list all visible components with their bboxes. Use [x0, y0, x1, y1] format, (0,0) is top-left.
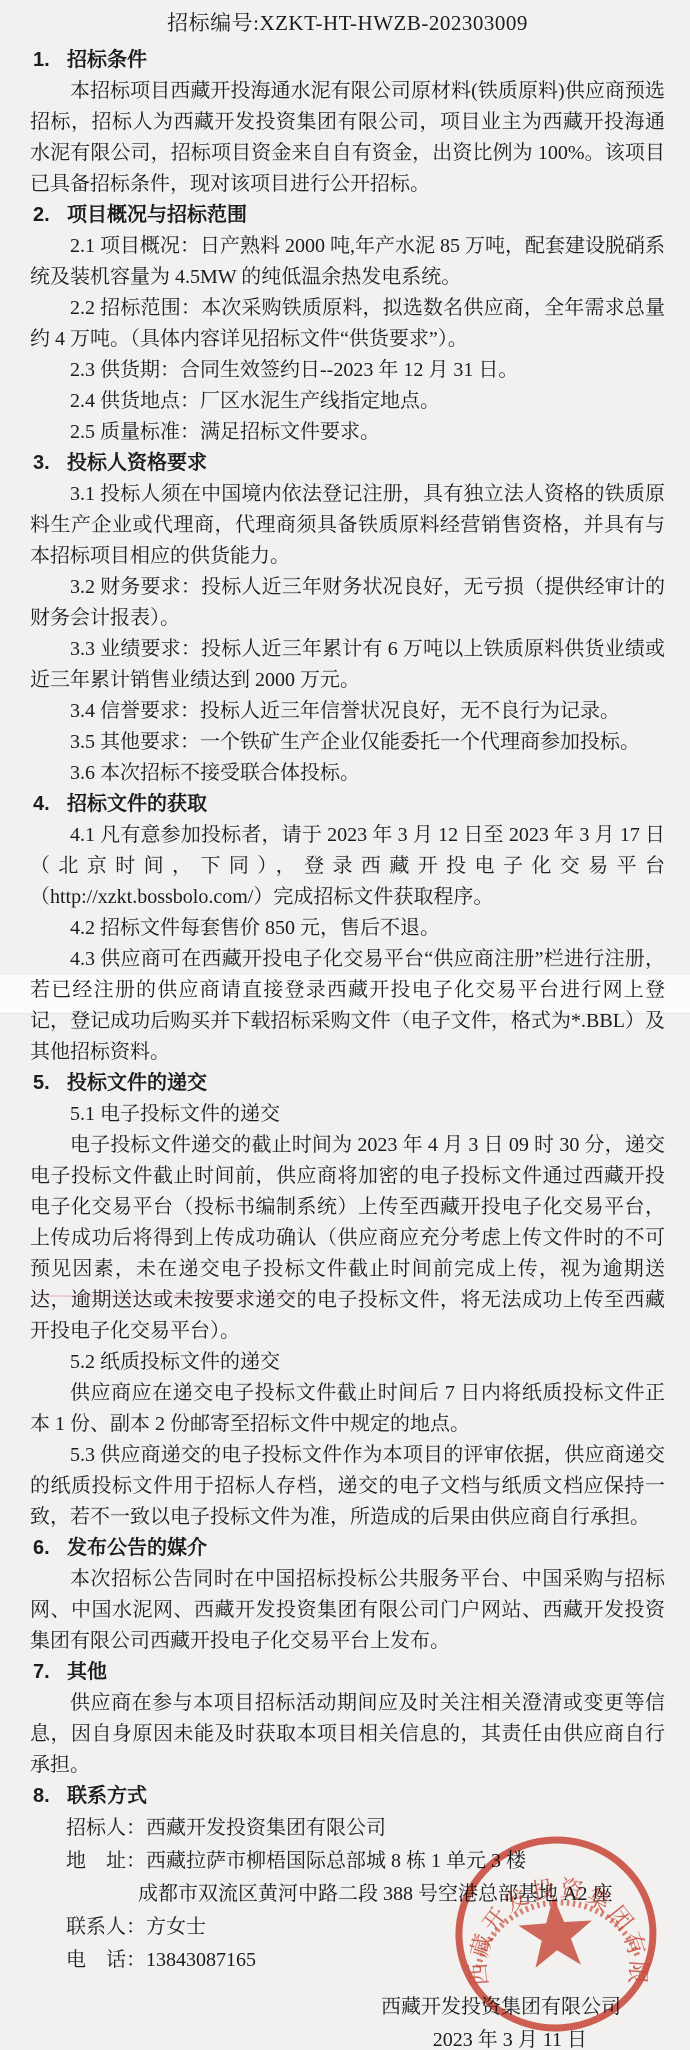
sub-heading: 5.2 纸质投标文件的递交: [30, 1347, 665, 1378]
section-heading: 4.招标文件的获取: [30, 789, 665, 820]
section-heading: 6.发布公告的媒介: [30, 1533, 665, 1564]
paragraph: 供应商在参与本项目招标活动期间应及时关注相关澄清或变更等信息，因自身原因未能及时…: [30, 1688, 665, 1781]
section-heading: 5.投标文件的递交: [30, 1068, 665, 1099]
section-number: 2.: [33, 200, 67, 231]
paragraph: 3.4 信誉要求：投标人近三年信誉状况良好，无不良行为记录。: [30, 696, 665, 727]
section-number: 3.: [33, 448, 67, 479]
sub-heading: 5.1 电子投标文件的递交: [30, 1099, 665, 1130]
section-number: 5.: [33, 1068, 67, 1099]
section-heading: 2.项目概况与招标范围: [30, 200, 665, 231]
section-bid-submission: 5.投标文件的递交 5.1 电子投标文件的递交 电子投标文件递交的截止时间为 2…: [30, 1068, 665, 1533]
section-project-overview: 2.项目概况与招标范围 2.1 项目概况：日产熟料 2000 吨,年产水泥 85…: [30, 200, 665, 448]
paragraph: 电子投标文件递交的截止时间为 2023 年 4 月 3 日 09 时 30 分，…: [30, 1130, 665, 1347]
section-title: 项目概况与招标范围: [67, 204, 247, 226]
section-number: 4.: [33, 789, 67, 820]
section-bidder-qualifications: 3.投标人资格要求 3.1 投标人须在中国境内依法登记注册，具有独立法人资格的铁…: [30, 448, 665, 789]
section-others: 7.其他 供应商在参与本项目招标活动期间应及时关注相关澄清或变更等信息，因自身原…: [30, 1657, 665, 1781]
paragraph: 4.1 凡有意参加投标者，请于 2023 年 3 月 12 日至 2023 年 …: [30, 820, 665, 913]
paragraph: 2.4 供货地点：厂区水泥生产线指定地点。: [30, 386, 665, 417]
section-title: 发布公告的媒介: [67, 1537, 207, 1559]
section-number: 1.: [33, 45, 67, 76]
section-title: 投标文件的递交: [67, 1072, 207, 1094]
paragraph: 本招标项目西藏开投海通水泥有限公司原材料(铁质原料)供应商预选招标，招标人为西藏…: [30, 76, 665, 200]
paragraph: 本次招标公告同时在中国招标投标公共服务平台、中国采购与招标网、中国水泥网、西藏开…: [30, 1564, 665, 1657]
paragraph: 4.3 供应商可在西藏开投电子化交易平台“供应商注册”栏进行注册，若已经注册的供…: [30, 944, 665, 1068]
paragraph: 供应商应在递交电子投标文件截止时间后 7 日内将纸质投标文件正本 1 份、副本 …: [30, 1378, 665, 1440]
section-title: 招标文件的获取: [67, 793, 207, 815]
paragraph: 3.5 其他要求：一个铁矿生产企业仅能委托一个代理商参加投标。: [30, 727, 665, 758]
section-heading: 7.其他: [30, 1657, 665, 1688]
section-title: 联系方式: [67, 1785, 147, 1807]
paragraph: 2.3 供货期：合同生效签约日--2023 年 12 月 31 日。: [30, 355, 665, 386]
section-announcement-media: 6.发布公告的媒介 本次招标公告同时在中国招标投标公共服务平台、中国采购与招标网…: [30, 1533, 665, 1657]
tender-announcement-document: 招标编号:XZKT-HT-HWZB-202303009 1.招标条件 本招标项目…: [0, 0, 690, 2050]
paragraph: 4.2 招标文件每套售价 850 元，售后不退。: [30, 913, 665, 944]
paragraph: 3.1 投标人须在中国境内依法登记注册，具有独立法人资格的铁质原料生产企业或代理…: [30, 479, 665, 572]
svg-text:西藏开发投资集团有限公司: 西藏开发投资集团有限公司: [445, 1827, 652, 1999]
section-bidding-conditions: 1.招标条件 本招标项目西藏开投海通水泥有限公司原材料(铁质原料)供应商预选招标…: [30, 45, 665, 200]
section-heading: 3.投标人资格要求: [30, 448, 665, 479]
section-title: 招标条件: [67, 49, 147, 71]
section-heading: 1.招标条件: [30, 45, 665, 76]
paragraph: 2.2 招标范围：本次采购铁质原料，拟选数名供应商，全年需求总量约 4 万吨。（…: [30, 293, 665, 355]
document-body: 招标编号:XZKT-HT-HWZB-202303009 1.招标条件 本招标项目…: [30, 7, 665, 2050]
section-number: 6.: [33, 1533, 67, 1564]
paragraph: 2.1 项目概况：日产熟料 2000 吨,年产水泥 85 万吨，配套建设脱硝系统…: [30, 231, 665, 293]
official-seal: 西藏开发投资集团有限公司: [445, 1827, 667, 2043]
paragraph: 3.3 业绩要求：投标人近三年累计有 6 万吨以上铁质原料供货业绩或近三年累计销…: [30, 634, 665, 696]
section-number: 7.: [33, 1657, 67, 1688]
section-obtaining-documents: 4.招标文件的获取 4.1 凡有意参加投标者，请于 2023 年 3 月 12 …: [30, 789, 665, 1068]
paragraph: 3.2 财务要求：投标人近三年财务状况良好，无亏损（提供经审计的财务会计报表）。: [30, 572, 665, 634]
paragraph: 5.3 供应商递交的电子投标文件作为本项目的评审依据，供应商递交的纸质投标文件用…: [30, 1440, 665, 1533]
seal-company-arc-text: 西藏开发投资集团有限公司: [445, 1827, 652, 1999]
paragraph: 2.5 质量标准：满足招标文件要求。: [30, 417, 665, 448]
section-heading: 8.联系方式: [30, 1781, 665, 1812]
paragraph: 3.6 本次招标不接受联合体投标。: [30, 758, 665, 789]
section-number: 8.: [33, 1781, 67, 1812]
section-title: 其他: [67, 1661, 107, 1683]
section-title: 投标人资格要求: [67, 452, 207, 474]
doc-number-title: 招标编号:XZKT-HT-HWZB-202303009: [30, 7, 665, 40]
